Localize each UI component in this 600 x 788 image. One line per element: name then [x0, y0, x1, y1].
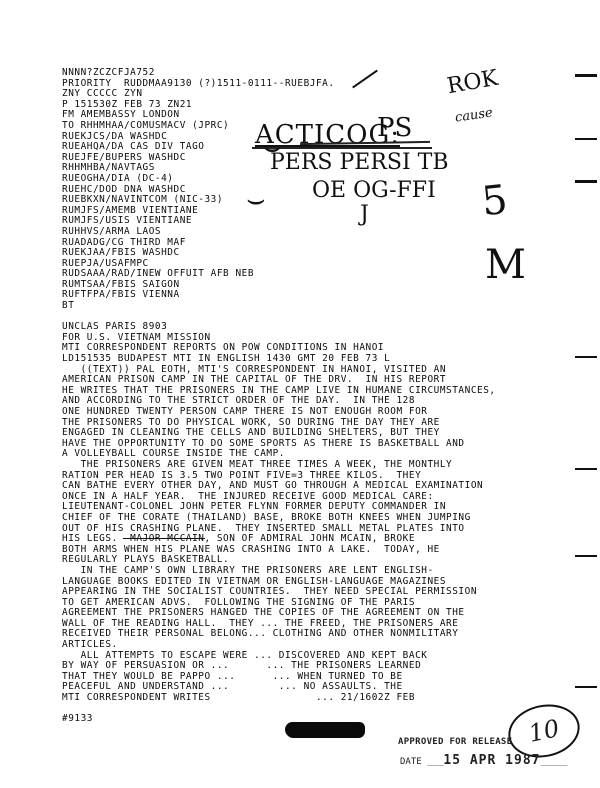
release-date-label: DATE — [400, 757, 422, 767]
body-line — [62, 704, 552, 715]
header-line: RUEOGHA/DIA (DC-4) — [62, 174, 552, 185]
pers-note: PERS PERSI TB — [270, 150, 449, 175]
release-date: DATE ___15 APR 1987_____ — [400, 753, 568, 768]
margin-tick — [575, 74, 597, 77]
handwritten-hook-mark: ⌣ — [246, 182, 266, 217]
header-line: BT — [62, 301, 552, 312]
body-line: THE PRISONERS ARE GIVEN MEAT THREE TIMES… — [62, 460, 552, 471]
initial-j: J — [360, 202, 369, 227]
handwritten-underline — [123, 538, 205, 539]
release-stamp: APPROVED FOR RELEASE — [398, 737, 512, 747]
action-value: PS — [377, 113, 412, 143]
header-line: RUHHVS/ARMA LAOS — [62, 227, 552, 238]
body-line: RECEIVED THEIR PERSONAL BELONG... CLOTHI… — [62, 629, 552, 640]
margin-tick — [575, 555, 597, 557]
body-line: CHIEF OF THE CORATE (THAILAND) BASE, BRO… — [62, 513, 552, 524]
margin-tick — [575, 138, 597, 140]
oe-note: OE OG-FFI — [312, 178, 436, 203]
declassified-cable-page: NNNN?ZCZCFJA752PRIORITY RUDDMAA9130 (?)1… — [0, 0, 600, 788]
body-line: IN THE CAMP'S OWN LIBRARY THE PRISONERS … — [62, 566, 552, 577]
release-date-value: 15 APR 1987 — [443, 753, 540, 768]
circled-number: 10 — [526, 714, 562, 748]
margin-tick — [575, 180, 597, 183]
handwritten-hook-mark: ⌣ — [263, 130, 281, 164]
margin-tick — [575, 686, 597, 688]
redaction-block — [285, 722, 365, 738]
header-line: RUFTFPA/FBIS VIENNA — [62, 290, 552, 301]
body-line: MTI CORRESPONDENT WRITES ... 21/1602Z FE… — [62, 693, 552, 704]
margin-mark-5: 5 — [480, 177, 510, 225]
margin-mark-m: M — [485, 242, 526, 288]
margin-tick — [575, 356, 597, 358]
body-line: ONE HUNDRED TWENTY PERSON CAMP THERE IS … — [62, 407, 552, 418]
margin-tick — [575, 468, 597, 470]
